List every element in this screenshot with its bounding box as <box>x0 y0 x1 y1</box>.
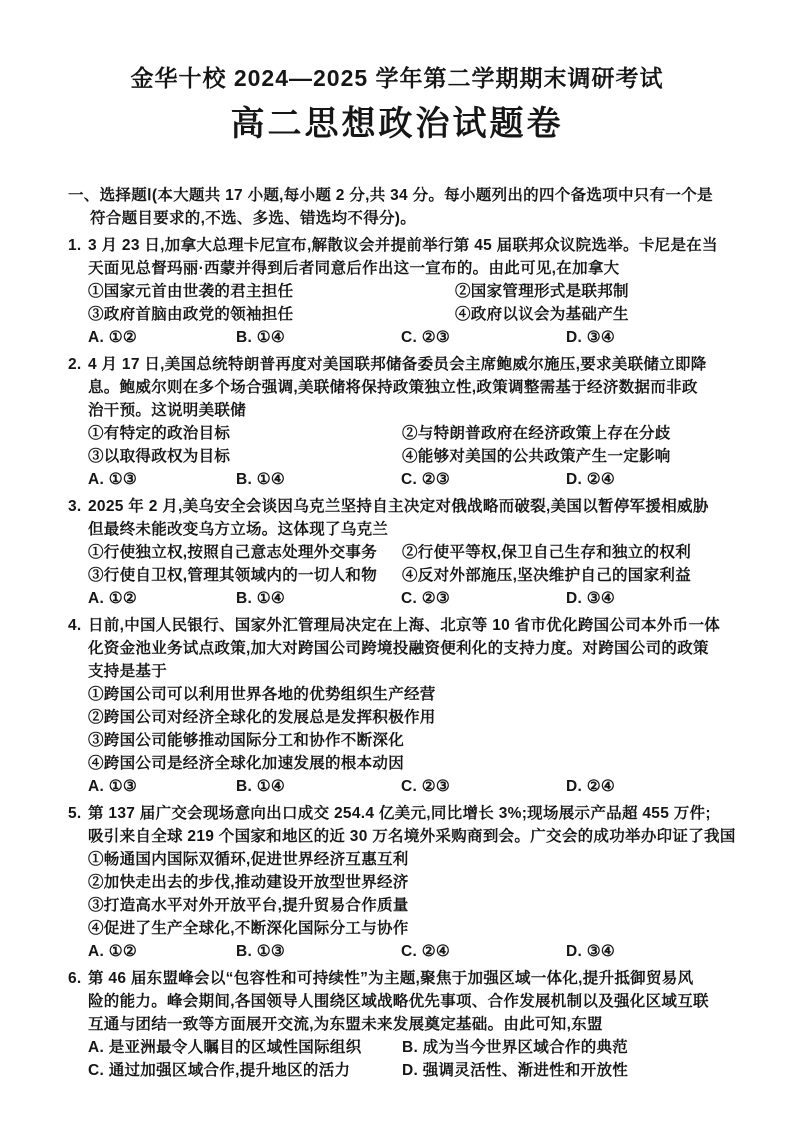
stem-line: 3.2025 年 2 月,美乌安全会谈因乌克兰坚持自主决定对俄战略而破裂,美国以… <box>68 495 764 518</box>
option-item: ③政府首脑由政党的领袖担任 <box>88 303 455 326</box>
option-item: ②跨国公司对经济全球化的发展总是发挥积极作用 <box>68 706 764 729</box>
question-5: 5.第 137 届广交会现场意向出口成交 254.4 亿美元,同比增长 3%;现… <box>68 802 764 963</box>
choice-item: D. ②④ <box>566 468 615 491</box>
option-item: ①国家元首由世袭的君主担任 <box>88 280 455 303</box>
question-6: 6.第 46 届东盟峰会以“包容性和可持续性”为主题,聚焦于加强区域一体化,提升… <box>68 967 764 1082</box>
stem-text: 第 46 届东盟峰会以“包容性和可持续性”为主题,聚焦于加强区域一体化,提升抵御… <box>88 970 693 987</box>
choice-item: B. ①④ <box>236 775 401 798</box>
choice-item: C. ②③ <box>401 587 566 610</box>
stem-text: 2025 年 2 月,美乌安全会谈因乌克兰坚持自主决定对俄战略而破裂,美国以暂停… <box>88 498 709 515</box>
option-item: ②国家管理形式是联邦制 <box>455 280 629 303</box>
choice-item: A. 是亚洲最令人瞩目的区域性国际组织 <box>88 1036 402 1059</box>
section-heading: 一、选择题Ⅰ(本大题共 17 小题,每小题 2 分,共 34 分。每小题列出的四… <box>68 184 764 230</box>
option-item: ④跨国公司是经济全球化加速发展的根本动因 <box>68 752 764 775</box>
choice-item: B. ①④ <box>236 587 401 610</box>
choice-item: D. ②④ <box>566 775 615 798</box>
exam-title: 金华十校 2024—2025 学年第二学期期末调研考试 <box>0 0 794 92</box>
stem-line: 吸引来自全球 219 个国家和地区的近 30 万名境外采购商到会。广交会的成功举… <box>68 825 764 848</box>
option-row: ③政府首脑由政党的领袖担任 ④政府以议会为基础产生 <box>68 303 764 326</box>
choices-row: A. ①② B. ①④ C. ②③ D. ③④ <box>68 326 764 349</box>
exam-subtitle: 高二思想政治试题卷 <box>0 104 794 144</box>
choice-item: C. ②③ <box>401 326 566 349</box>
question-number: 5. <box>68 802 88 825</box>
option-item: ②行使平等权,保卫自己生存和独立的权利 <box>402 541 691 564</box>
option-item: ①跨国公司可以利用世界各地的优势组织生产经营 <box>68 683 764 706</box>
option-row: ①有特定的政治目标 ②与特朗普政府在经济政策上存在分歧 <box>68 422 764 445</box>
option-row: ①国家元首由世袭的君主担任 ②国家管理形式是联邦制 <box>68 280 764 303</box>
stem-line: 化资金池业务试点政策,加大对跨国公司跨境投融资便利化的支持力度。对跨国公司的政策 <box>68 637 764 660</box>
choice-item: B. ①④ <box>236 468 401 491</box>
option-item: ①行使独立权,按照自己意志处理外交事务 <box>88 541 402 564</box>
option-item: ②与特朗普政府在经济政策上存在分歧 <box>402 422 671 445</box>
choices-row: A. ①③ B. ①④ C. ②③ D. ②④ <box>68 775 764 798</box>
option-item: ③以取得政权为目标 <box>88 445 402 468</box>
stem-line: 互通与团结一致等方面展开交流,为东盟未来发展奠定基础。由此可知,东盟 <box>68 1013 764 1036</box>
choice-item: D. ③④ <box>566 326 615 349</box>
stem-line: 支持是基于 <box>68 660 764 683</box>
option-item: ①有特定的政治目标 <box>88 422 402 445</box>
stem-line: 6.第 46 届东盟峰会以“包容性和可持续性”为主题,聚焦于加强区域一体化,提升… <box>68 967 764 990</box>
option-item: ③行使自卫权,管理其领域内的一切人和物 <box>88 564 402 587</box>
section-heading-line: 符合题目要求的,不选、多选、错选均不得分)。 <box>68 207 764 230</box>
choice-item: A. ①③ <box>88 468 236 491</box>
choice-item: C. ②③ <box>401 775 566 798</box>
stem-line: 但最终未能改变乌方立场。这体现了乌克兰 <box>68 518 764 541</box>
option-row: ③以取得政权为目标 ④能够对美国的公共政策产生一定影响 <box>68 445 764 468</box>
option-item: ④促进了生产全球化,不断深化国际分工与协作 <box>68 917 764 940</box>
choices-row: A. ①③ B. ①④ C. ②③ D. ②④ <box>68 468 764 491</box>
choice-item: B. ①④ <box>236 326 401 349</box>
option-item: ③跨国公司能够推动国际分工和协作不断深化 <box>68 729 764 752</box>
exam-body: 一、选择题Ⅰ(本大题共 17 小题,每小题 2 分,共 34 分。每小题列出的四… <box>0 184 794 1082</box>
stem-text: 4 月 17 日,美国总统特朗普再度对美国联邦储备委员会主席鲍威尔施压,要求美联… <box>88 356 707 373</box>
stem-line: 天面见总督玛丽·西蒙并得到后者同意后作出这一宣布的。由此可见,在加拿大 <box>68 257 764 280</box>
question-number: 6. <box>68 967 88 990</box>
option-row: ③行使自卫权,管理其领域内的一切人和物 ④反对外部施压,坚决维护自己的国家利益 <box>68 564 764 587</box>
choice-row: A. 是亚洲最令人瞩目的区域性国际组织 B. 成为当今世界区域合作的典范 <box>68 1036 764 1059</box>
option-item: ④反对外部施压,坚决维护自己的国家利益 <box>402 564 691 587</box>
stem-line: 4.日前,中国人民银行、国家外汇管理局决定在上海、北京等 10 省市优化跨国公司… <box>68 614 764 637</box>
exam-paper-page: 金华十校 2024—2025 学年第二学期期末调研考试 高二思想政治试题卷 一、… <box>0 0 794 1123</box>
option-row: ①行使独立权,按照自己意志处理外交事务 ②行使平等权,保卫自己生存和独立的权利 <box>68 541 764 564</box>
question-4: 4.日前,中国人民银行、国家外汇管理局决定在上海、北京等 10 省市优化跨国公司… <box>68 614 764 798</box>
question-1: 1.3 月 23 日,加拿大总理卡尼宣布,解散议会并提前举行第 45 届联邦众议… <box>68 234 764 349</box>
stem-text: 日前,中国人民银行、国家外汇管理局决定在上海、北京等 10 省市优化跨国公司本外… <box>88 617 720 634</box>
stem-line: 5.第 137 届广交会现场意向出口成交 254.4 亿美元,同比增长 3%;现… <box>68 802 764 825</box>
choice-item: C. ②③ <box>401 468 566 491</box>
choice-item: D. ③④ <box>566 587 615 610</box>
choice-item: B. 成为当今世界区域合作的典范 <box>402 1036 628 1059</box>
option-item: ④政府以议会为基础产生 <box>455 303 629 326</box>
choices-row: A. ①② B. ①④ C. ②③ D. ③④ <box>68 587 764 610</box>
question-number: 1. <box>68 234 88 257</box>
option-item: ②加快走出去的步伐,推动建设开放型世界经济 <box>68 871 764 894</box>
choice-item: D. 强调灵活性、渐进性和开放性 <box>402 1059 628 1082</box>
stem-line: 险的能力。峰会期间,各国领导人围绕区域战略优先事项、合作发展机制以及强化区域互联 <box>68 990 764 1013</box>
choice-item: C. 通过加强区域合作,提升地区的活力 <box>88 1059 402 1082</box>
choice-item: A. ①② <box>88 326 236 349</box>
stem-text: 第 137 届广交会现场意向出口成交 254.4 亿美元,同比增长 3%;现场展… <box>88 805 711 822</box>
choice-item: A. ①③ <box>88 775 236 798</box>
choice-item: A. ①② <box>88 940 236 963</box>
choice-item: A. ①② <box>88 587 236 610</box>
question-2: 2.4 月 17 日,美国总统特朗普再度对美国联邦储备委员会主席鲍威尔施压,要求… <box>68 353 764 491</box>
option-item: ①畅通国内国际双循环,促进世界经济互惠互利 <box>68 848 764 871</box>
stem-line: 1.3 月 23 日,加拿大总理卡尼宣布,解散议会并提前举行第 45 届联邦众议… <box>68 234 764 257</box>
stem-text: 3 月 23 日,加拿大总理卡尼宣布,解散议会并提前举行第 45 届联邦众议院选… <box>88 237 718 254</box>
choice-item: C. ②④ <box>401 940 566 963</box>
stem-line: 息。鲍威尔则在多个场合强调,美联储将保持政策独立性,政策调整需基于经济数据而非政 <box>68 376 764 399</box>
choice-row: C. 通过加强区域合作,提升地区的活力 D. 强调灵活性、渐进性和开放性 <box>68 1059 764 1082</box>
option-item: ③打造高水平对外开放平台,提升贸易合作质量 <box>68 894 764 917</box>
stem-line: 2.4 月 17 日,美国总统特朗普再度对美国联邦储备委员会主席鲍威尔施压,要求… <box>68 353 764 376</box>
option-item: ④能够对美国的公共政策产生一定影响 <box>402 445 671 468</box>
choice-item: D. ③④ <box>566 940 615 963</box>
question-number: 2. <box>68 353 88 376</box>
question-number: 3. <box>68 495 88 518</box>
question-3: 3.2025 年 2 月,美乌安全会谈因乌克兰坚持自主决定对俄战略而破裂,美国以… <box>68 495 764 610</box>
choice-item: B. ①③ <box>236 940 401 963</box>
question-number: 4. <box>68 614 88 637</box>
stem-line: 治干预。这说明美联储 <box>68 399 764 422</box>
section-heading-line: 一、选择题Ⅰ(本大题共 17 小题,每小题 2 分,共 34 分。每小题列出的四… <box>68 184 764 207</box>
choices-row: A. ①② B. ①③ C. ②④ D. ③④ <box>68 940 764 963</box>
